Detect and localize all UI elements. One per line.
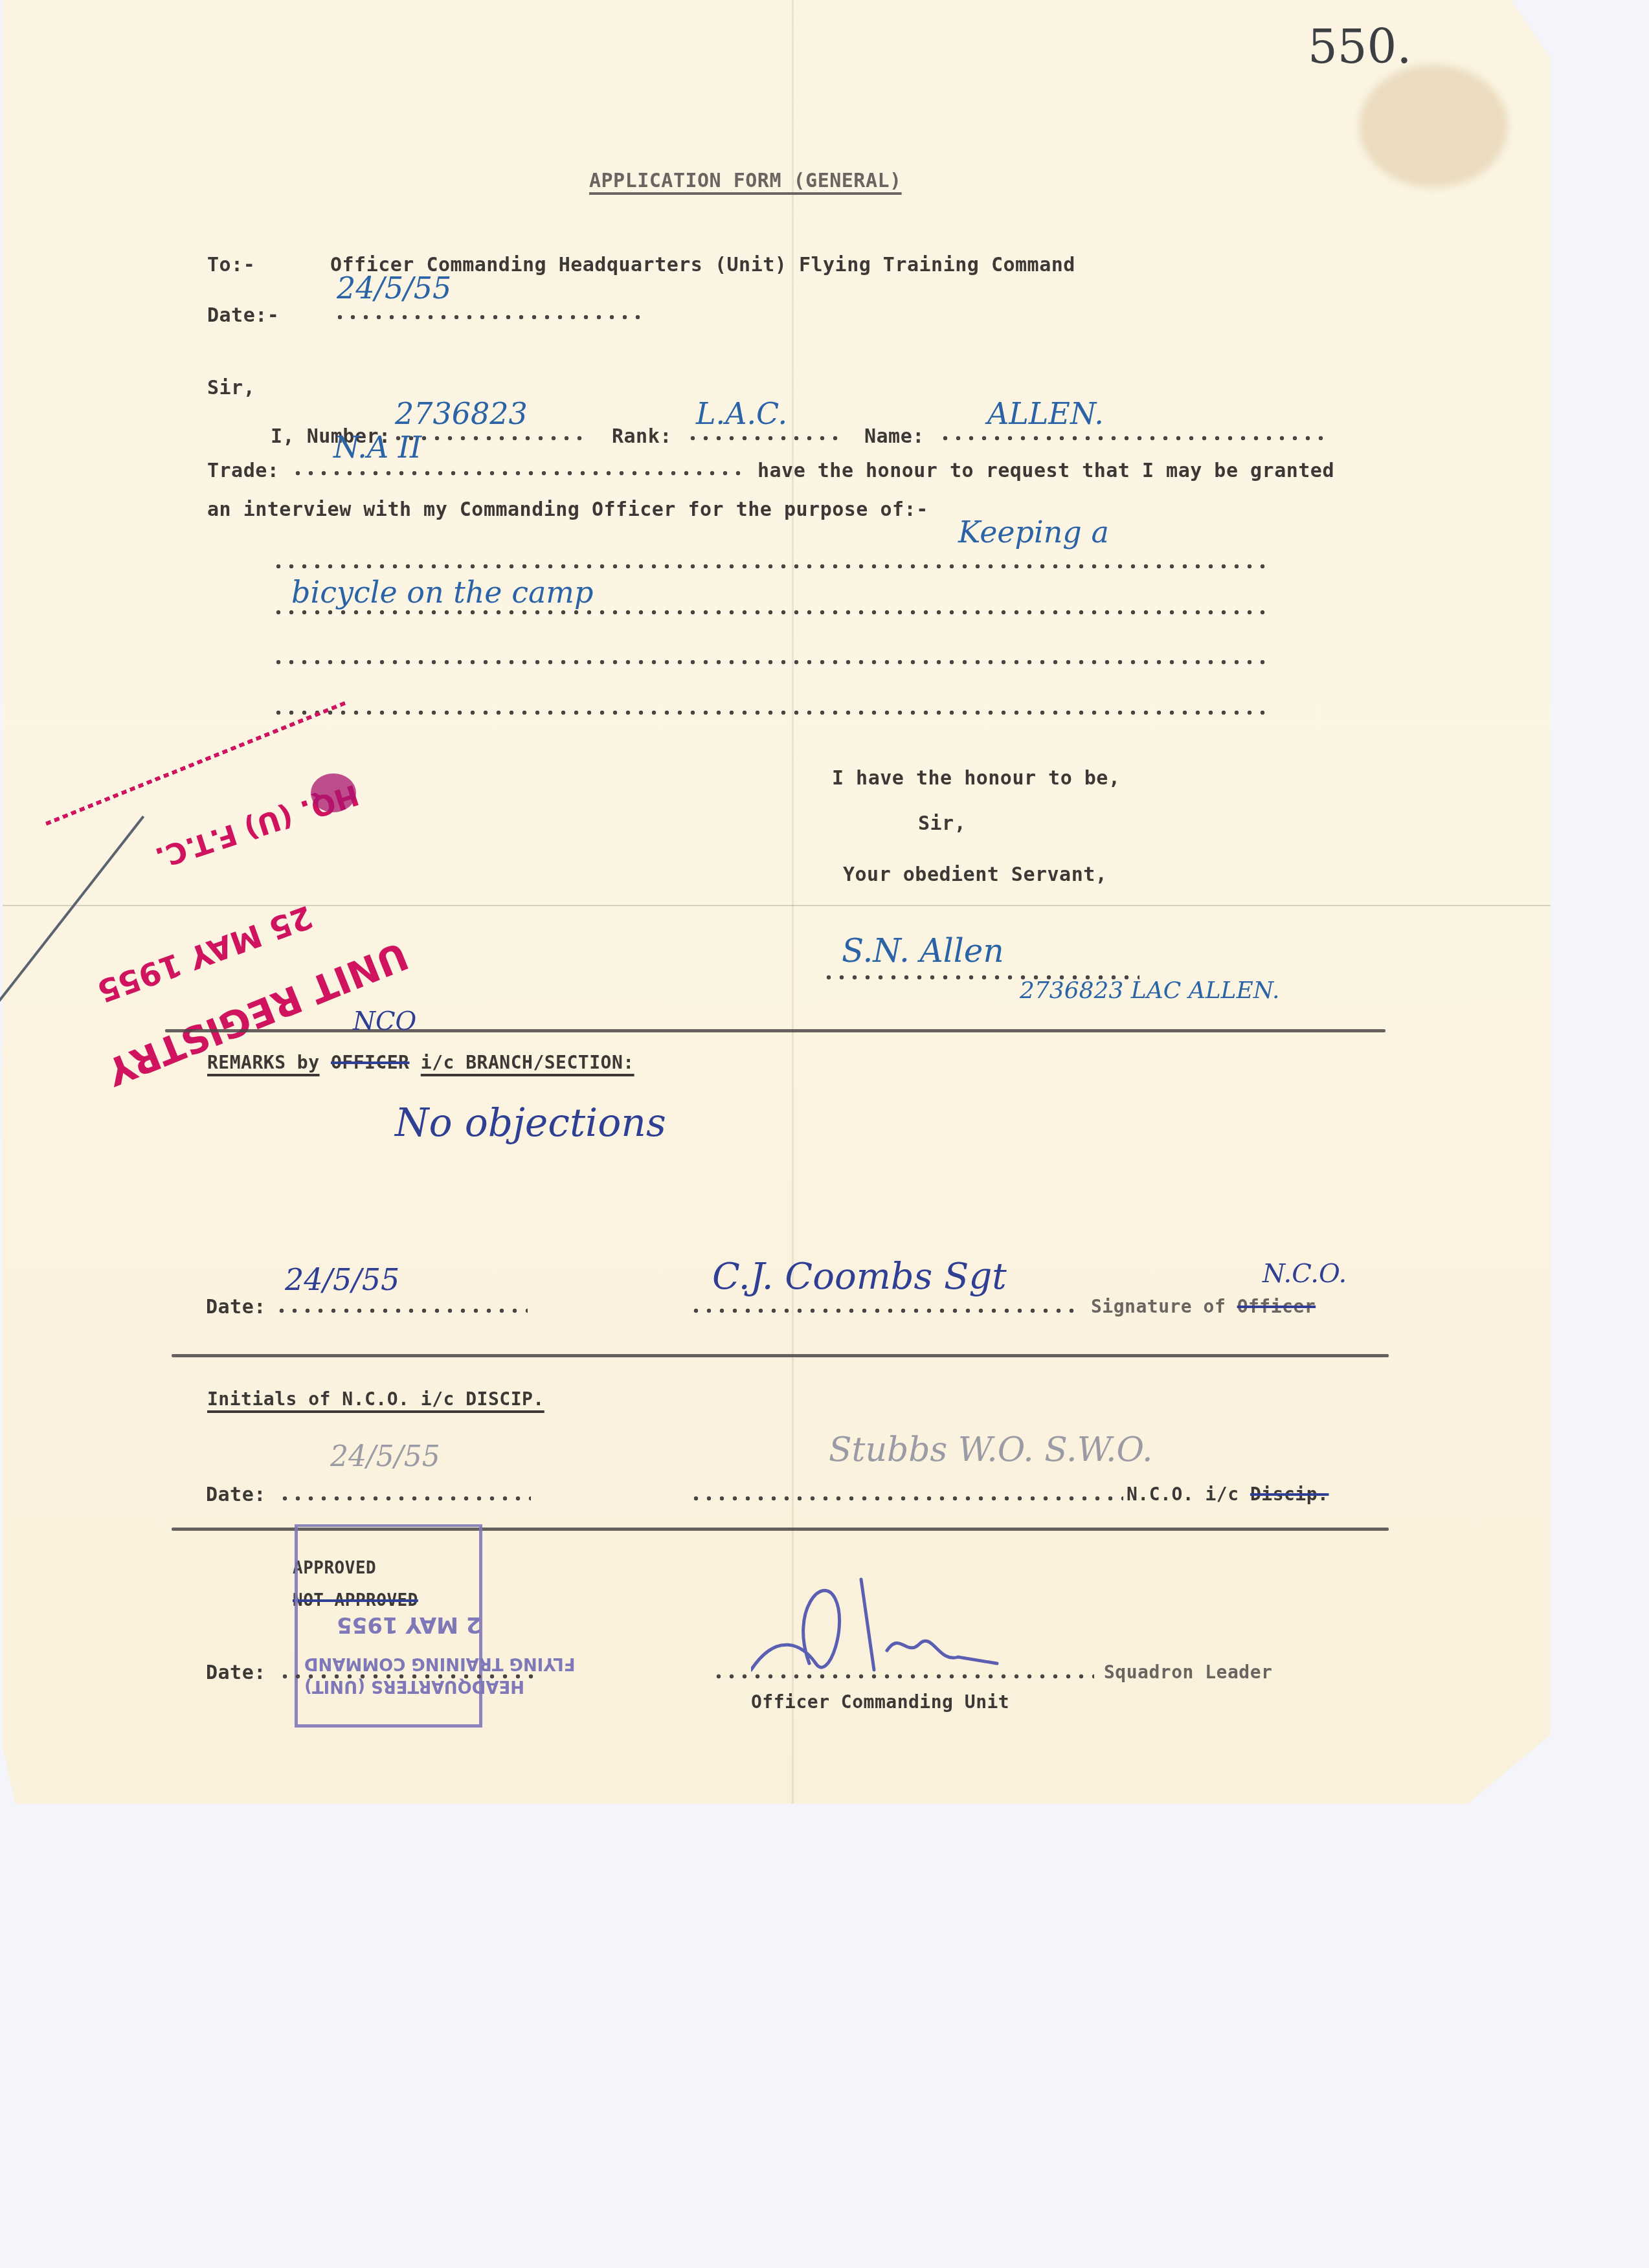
trade-field[interactable]: N.A II <box>333 430 421 465</box>
rank-dotted-line <box>686 435 842 441</box>
water-stain <box>1359 65 1508 188</box>
request-text: have the honour to request that I may be… <box>757 460 1334 482</box>
salutation: Sir, <box>207 377 255 399</box>
remarks-signature-line <box>690 1307 1075 1314</box>
approval-rank-label: Squadron Leader <box>1104 1662 1272 1683</box>
discip-signature-prefix: N.C.O. i/c <box>1127 1484 1239 1505</box>
remarks-signature-struck: Officer <box>1237 1296 1316 1317</box>
divider-discip <box>172 1354 1389 1357</box>
name-dotted-line <box>939 435 1327 441</box>
discip-signature: Stubbs W.O. S.W.O. <box>829 1430 1153 1469</box>
discip-date-label: Date: <box>206 1484 266 1506</box>
remarks-signature: C.J. Coombs Sgt <box>712 1256 1007 1298</box>
discip-date[interactable]: 24/5/55 <box>330 1440 440 1473</box>
closing-line-1: I have the honour to be, <box>832 767 1120 790</box>
trade-dotted-line <box>291 470 745 476</box>
date-dotted-line <box>333 314 644 320</box>
remarks-text[interactable]: No objections <box>395 1100 666 1146</box>
remarks-label-suffix: i/c BRANCH/SECTION: <box>421 1052 634 1073</box>
remarks-date-label: Date: <box>206 1296 266 1318</box>
rank-field[interactable]: L.A.C. <box>696 396 787 431</box>
hq-stamp-line-3: 2 MAY 1955 <box>337 1612 481 1638</box>
remarks-label-struck: OFFICER <box>331 1052 410 1073</box>
applicant-signature: S.N. Allen <box>842 932 1004 970</box>
name-label: Name: <box>864 425 925 448</box>
closing-line-2: Sir, <box>918 812 966 835</box>
purpose-text-1[interactable]: Keeping a <box>958 515 1109 550</box>
remarks-correction: NCO <box>353 1006 416 1036</box>
closing-line-3: Your obedient Servant, <box>843 863 1107 886</box>
name-field[interactable]: ALLEN. <box>987 396 1104 431</box>
discip-signature-struck: Discip. <box>1250 1484 1329 1505</box>
fold-crease-horizontal <box>3 905 1551 906</box>
to-label: To:- <box>207 254 255 276</box>
discip-date-line <box>278 1495 531 1502</box>
discip-heading: Initials of N.C.O. i/c DISCIP. <box>207 1388 544 1410</box>
divider-remarks <box>165 1029 1385 1032</box>
number-field[interactable]: 2736823 <box>395 396 528 431</box>
date-field[interactable]: 24/5/55 <box>337 271 451 306</box>
trade-label: Trade: <box>207 460 279 482</box>
purpose-line-1 <box>272 563 1269 570</box>
hq-stamp-line-2: FLYING TRAINING COMMAND <box>304 1654 575 1673</box>
purpose-line-4 <box>272 709 1269 716</box>
approval-date-line[interactable] <box>278 1673 537 1680</box>
approval-signature <box>751 1534 1062 1689</box>
remarks-signature-prefix: Signature of <box>1091 1296 1226 1317</box>
approval-role-label: Officer Commanding Unit <box>751 1691 1009 1713</box>
reference-number: 550. <box>1308 19 1411 74</box>
registry-stamp-ink-blot <box>311 773 356 812</box>
discip-signature-label: N.C.O. i/c Discip. <box>1127 1484 1329 1505</box>
page-title: APPLICATION FORM (GENERAL) <box>589 170 902 192</box>
remarks-heading: REMARKS by OFFICER i/c BRANCH/SECTION: <box>207 1052 634 1073</box>
approval-date-label: Date: <box>206 1662 266 1684</box>
rank-label: Rank: <box>612 425 672 448</box>
remarks-signature-label: Signature of Officer <box>1091 1296 1316 1317</box>
interview-text: an interview with my Commanding Officer … <box>207 498 928 521</box>
purpose-text-2[interactable]: bicycle on the camp <box>291 575 593 610</box>
remarks-date-line <box>275 1307 528 1314</box>
remarks-signature-correction: N.C.O. <box>1262 1259 1347 1289</box>
remarks-date[interactable]: 24/5/55 <box>285 1262 399 1297</box>
purpose-line-3 <box>272 659 1269 665</box>
applicant-signature-caption: 2736823 LAC ALLEN. <box>1020 977 1279 1004</box>
remarks-label-prefix: REMARKS by <box>207 1052 320 1073</box>
discip-signature-line <box>690 1495 1123 1502</box>
date-label: Date:- <box>207 304 279 327</box>
purpose-line-2 <box>272 609 1269 616</box>
